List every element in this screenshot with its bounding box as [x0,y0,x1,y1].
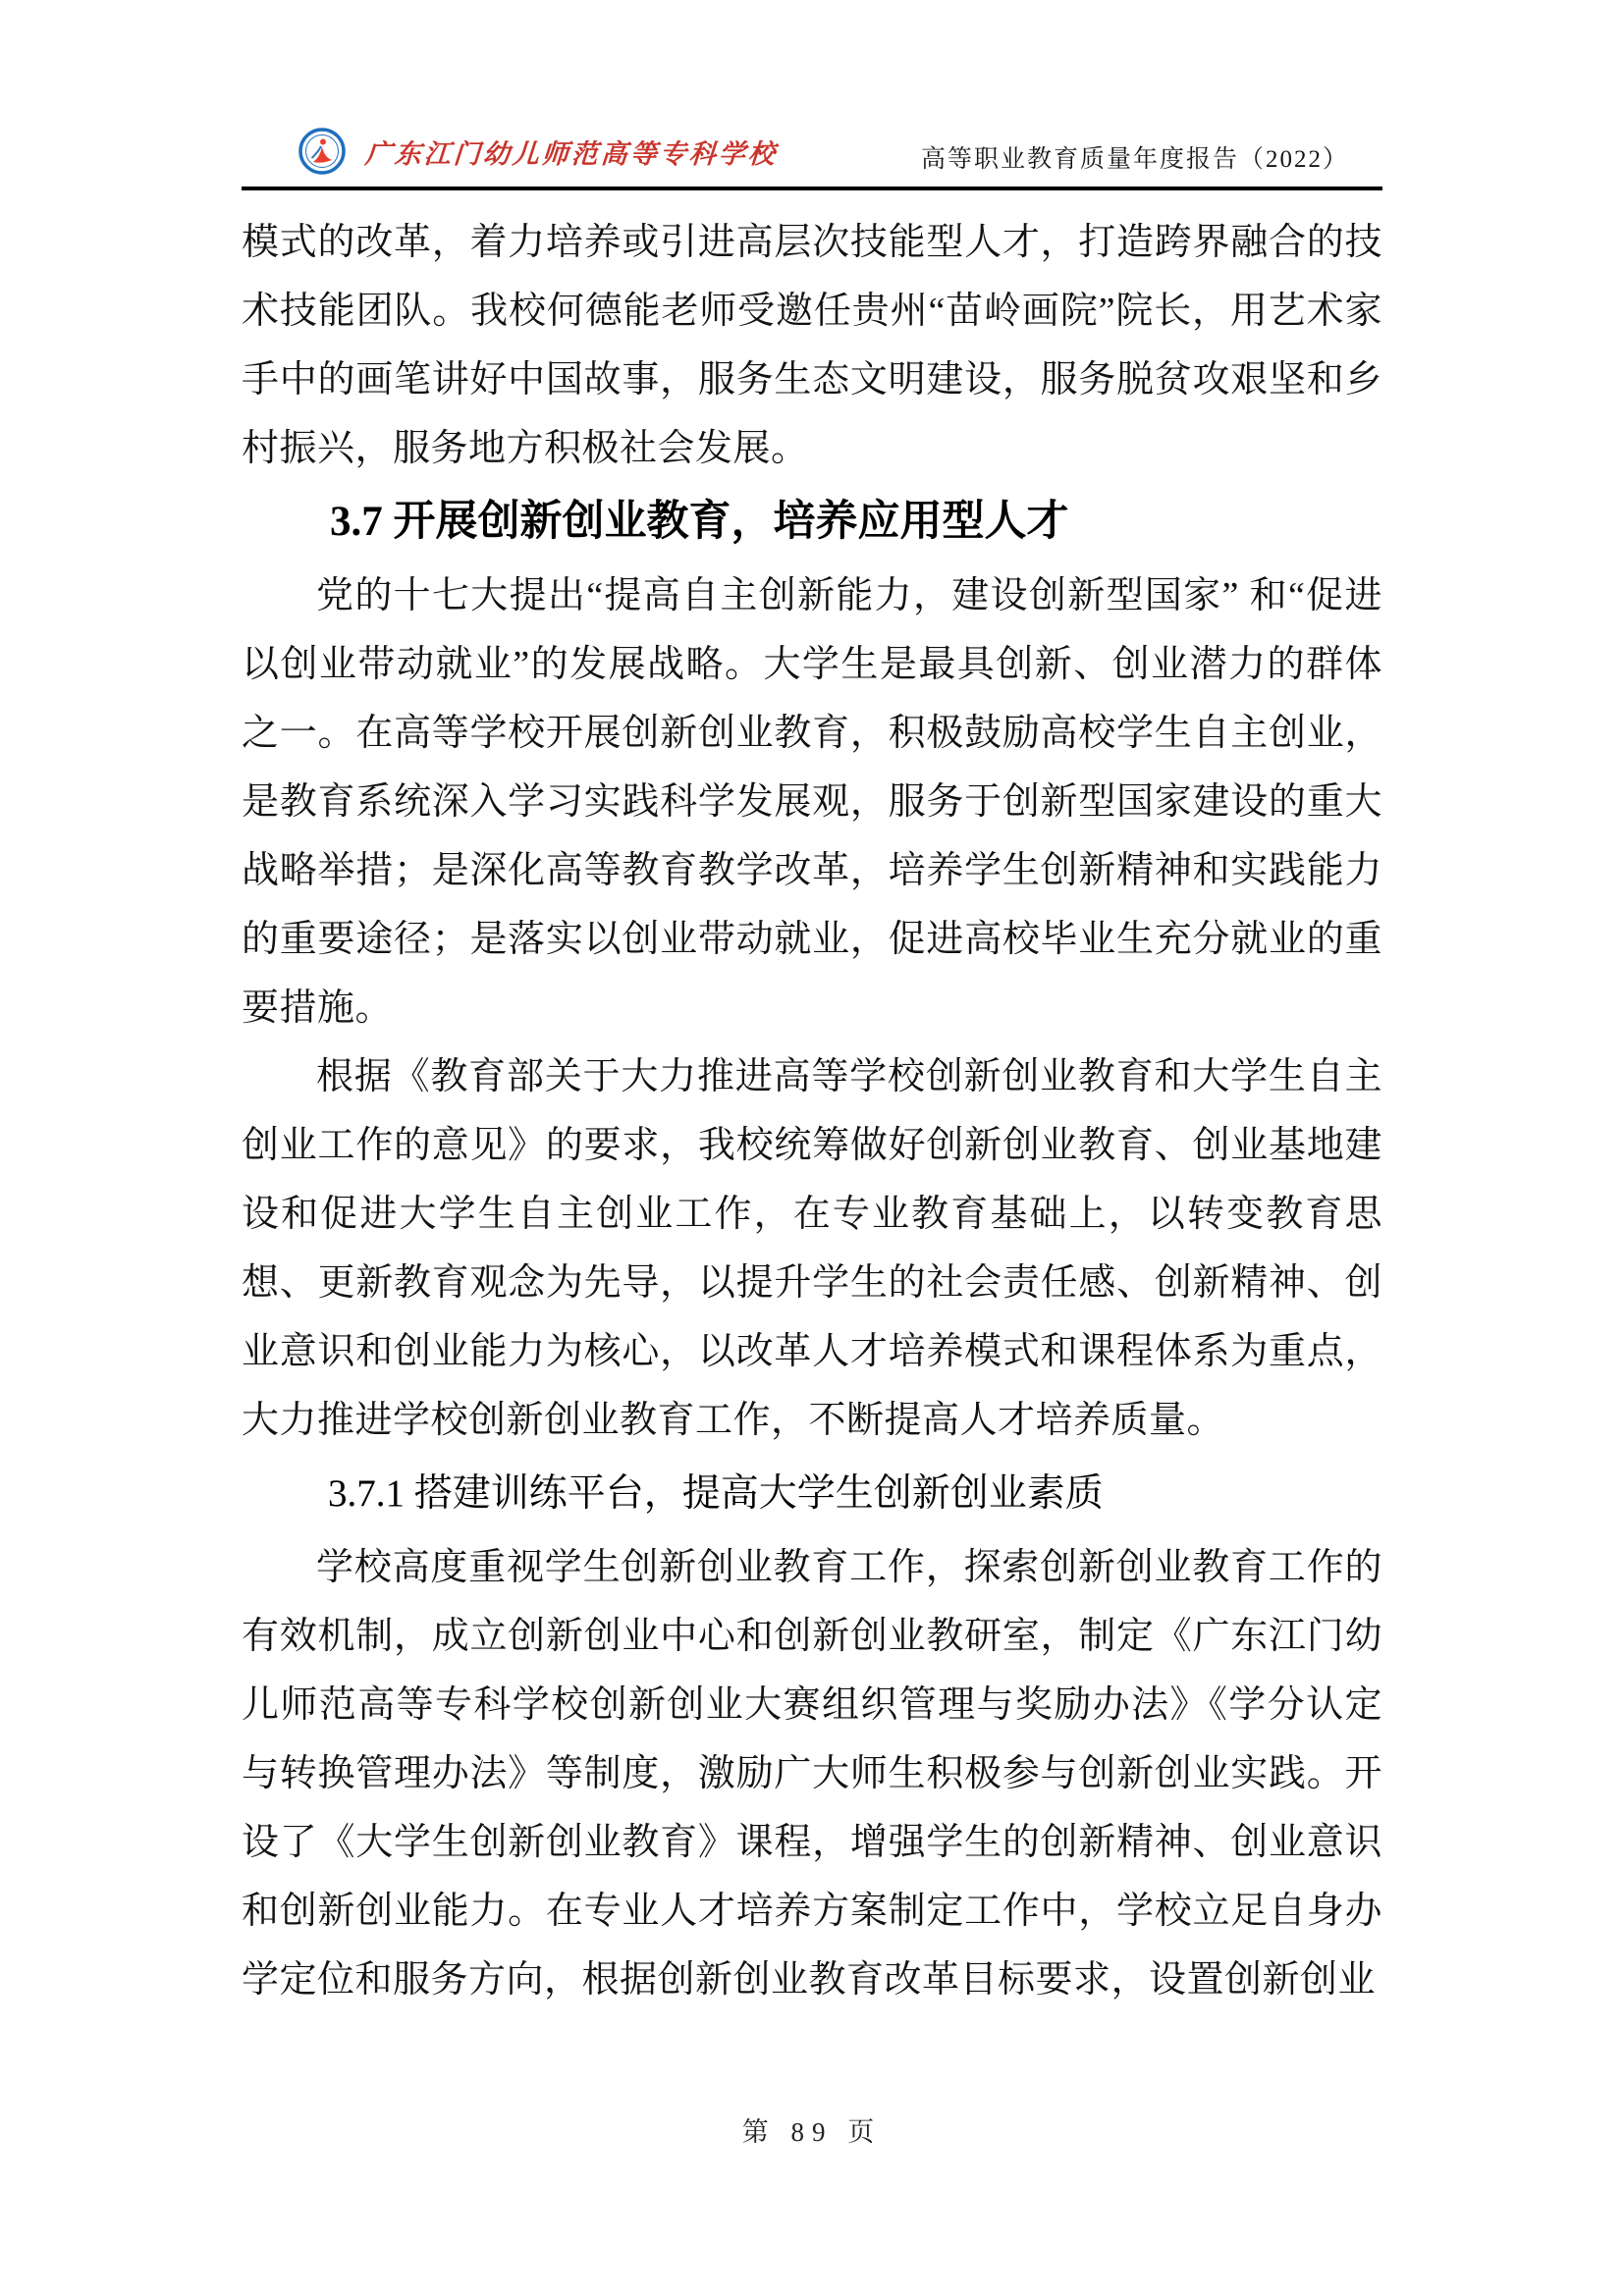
school-brand: 广东江门幼儿师范高等专科学校 [298,128,778,175]
paragraph-continued: 模式的改革，着力培养或引进高层次技能型人才，打造跨界融合的技术技能团队。我校何德… [242,208,1382,483]
subsection-heading-3-7-1: 3.7.1 搭建训练平台，提高大学生创新创业素质 [242,1455,1382,1533]
school-name: 广东江门幼儿师范高等专科学校 [364,133,780,171]
page-header: 广东江门幼儿师范高等专科学校 高等职业教育质量年度报告（2022） [242,0,1382,190]
paragraph: 根据《教育部关于大力推进高等学校创新创业教育和大学生自主创业工作的意见》的要求，… [242,1042,1382,1455]
report-title: 高等职业教育质量年度报告（2022） [921,139,1382,175]
page-number: 第 89 页 [742,2117,883,2147]
report-page: 广东江门幼儿师范高等专科学校 高等职业教育质量年度报告（2022） 模式的改革，… [0,0,1624,2296]
paragraph: 学校高度重视学生创新创业教育工作，探索创新创业教育工作的有效机制，成立创新创业中… [242,1533,1382,2014]
page-footer: 第 89 页 [0,2110,1624,2149]
document-body: 模式的改革，着力培养或引进高层次技能型人才，打造跨界融合的技术技能团队。我校何德… [242,190,1382,2014]
section-heading-3-7: 3.7 开展创新创业教育，培养应用型人才 [242,483,1382,561]
paragraph: 党的十七大提出“提高自主创新能力，建设创新型国家” 和“促进以创业带动就业”的发… [242,561,1382,1042]
school-emblem-icon [298,128,346,175]
